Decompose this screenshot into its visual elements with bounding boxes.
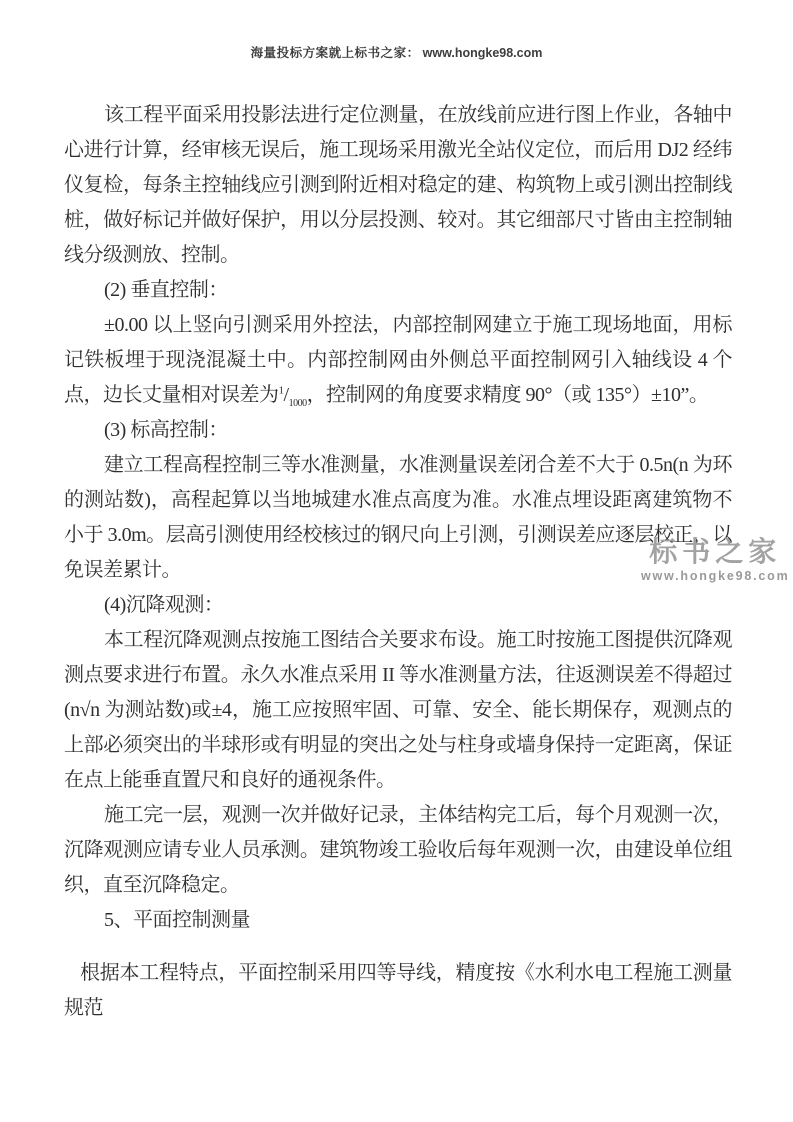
paragraph-elevation-control: 建立工程高程控制三等水准测量，水准测量误差闭合差不大于 0.5n(n 为环的测站… — [64, 448, 732, 588]
heading-settlement-observation: (4)沉降观测： — [64, 588, 732, 623]
paragraph-vertical-control: ±0.00 以上竖向引测采用外控法，内部控制网建立于施工现场地面，用标记铁板埋于… — [64, 308, 732, 413]
paragraph-plane-control-intro: 根据本工程特点，平面控制采用四等导线，精度按《水利水电工程施工测量规范 — [64, 956, 732, 1026]
vertical-control-text-post: ，控制网的角度要求精度 90°（或 135°）±10”。 — [307, 384, 709, 406]
heading-vertical-control: (2) 垂直控制： — [64, 273, 732, 308]
paragraph-positioning-survey: 该工程平面采用投影法进行定位测量，在放线前应进行图上作业，各轴中心进行计算，经审… — [64, 98, 732, 273]
paragraph-settlement-observation: 本工程沉降观测点按施工图结合关要求布设。施工时按施工图提供沉降观测点要求进行布置… — [64, 623, 732, 798]
heading-elevation-control: (3) 标高控制： — [64, 413, 732, 448]
page-header: 海量投标方案就上标书之家：www.hongke98.com — [0, 43, 793, 61]
heading-plane-control-survey: 5、平面控制测量 — [64, 903, 732, 938]
header-url: www.hongke98.com — [423, 46, 543, 60]
paragraph-observation-schedule: 施工完一层，观测一次并做好记录，主体结构完工后，每个月观测一次，沉降观测应请专业… — [64, 798, 732, 903]
document-body: 该工程平面采用投影法进行定位测量，在放线前应进行图上作业，各轴中心进行计算，经审… — [64, 98, 732, 1026]
document-page: 海量投标方案就上标书之家：www.hongke98.com 该工程平面采用投影法… — [0, 0, 793, 1122]
fraction-denominator: 1000 — [289, 398, 307, 409]
header-slogan: 海量投标方案就上标书之家： — [251, 46, 420, 60]
